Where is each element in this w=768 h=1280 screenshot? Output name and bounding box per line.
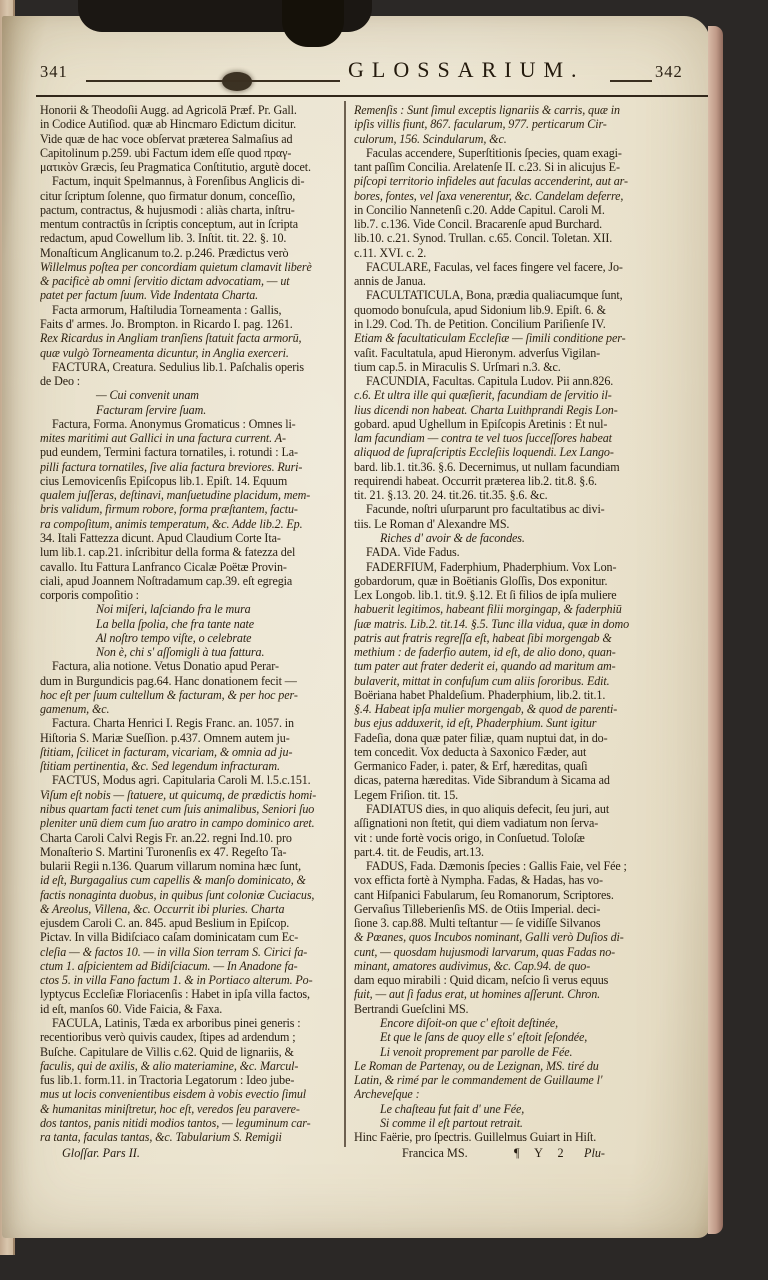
text-line: & Pœanes, quos Incubos nominant, Galli v…	[354, 930, 709, 944]
text-line: dam equo mirabili : Quid dicam, neſcio ſ…	[354, 973, 709, 987]
text-line: Boëriana habet Phaldeſium. Phaderphium, …	[354, 688, 709, 702]
text-line: FACUNDIA, Facultas. Capitula Ludov. Pii …	[354, 374, 709, 388]
text-line: Etiam & facultaticulam Eccleſiæ — ſimili…	[354, 331, 709, 345]
text-line: Faits d' armes. Jo. Brompton. in Ricardo…	[40, 317, 343, 331]
column-divider-rule	[344, 101, 346, 1147]
book-edge-shadow-deep	[282, 0, 344, 47]
text-line: Viſum eſt nobis — ſtatuere, ut quicumq, …	[40, 788, 343, 802]
text-line: Factura, alia notione. Vetus Donatio apu…	[40, 659, 343, 673]
text-line: bard. lib.1. tit.36. §.6. Decernimus, ut…	[354, 460, 709, 474]
text-line: Monaſticum Anglicanum to.2. p.246. Prædi…	[40, 246, 343, 260]
text-line: gobardorum, quæ in Boëtianis Gloſſis, Do…	[354, 574, 709, 588]
text-line: hoc eſt per ſuum cultellum & facturam, &…	[40, 688, 343, 702]
text-line: vit : unde fortè vocis origo, in Conſuet…	[354, 831, 709, 845]
text-line: patet per factum ſuum. Vide Indentata Ch…	[40, 288, 343, 302]
text-line: Al noſtro tempo viſte, o celebrate	[40, 631, 343, 645]
text-line: gobard. apud Ughellum in Epiſcopis Areti…	[354, 417, 709, 431]
left-text-column: Honorii & Theodoſii Augg. ad Agricolā Pr…	[40, 103, 343, 1144]
text-line: ciali, apud Joannem Noſtradamum cap.39. …	[40, 574, 343, 588]
text-line: dicas, paterna hæreditas. Vide Sibrandum…	[354, 773, 709, 787]
text-line: ctum 1. aſpicientem ad Bidiſciacum. — In…	[40, 959, 343, 973]
header-rule-left	[86, 80, 340, 82]
text-line: Charta Caroli Calvi Regis Fr. an.22. reg…	[40, 831, 343, 845]
text-line: Buſche. Capitulare de Villis c.62. Quid …	[40, 1045, 343, 1059]
text-line: bris validum, firmum robore, forma præſt…	[40, 502, 343, 516]
book-page: 341 GLOSSARIUM. 342 Honorii & Theodoſii …	[2, 16, 710, 1238]
text-line: FACULARE, Faculas, vel faces fingere vel…	[354, 260, 709, 274]
text-line: — Cui convenit unam	[40, 388, 343, 402]
text-line: tium cap.5. in Miraculis S. Urſmari n.3.…	[354, 360, 709, 374]
text-line: Factura, Forma. Anonymus Gromaticus : Om…	[40, 417, 343, 431]
text-line: Hiſtoria S. Mariæ Sueſſion. p.437. Omnem…	[40, 731, 343, 745]
text-line: ſuæ matris. Lib.2. tit.14. §.5. Tunc ill…	[354, 617, 709, 631]
text-line: c.6. Et ultra ille qui quæſierit, facund…	[354, 388, 709, 402]
text-line: vox efficta fortè à Nympha. Fadas, & Had…	[354, 873, 709, 887]
text-line: Hinc Faërie, pro ſpectris. Guillelmus Gu…	[354, 1130, 709, 1144]
scan-background: 341 GLOSSARIUM. 342 Honorii & Theodoſii …	[0, 0, 768, 1280]
page-title: GLOSSARIUM.	[348, 57, 585, 83]
text-line: in l.29. Cod. Th. de Petition. Concilium…	[354, 317, 709, 331]
text-line: quæ vulgò Torneamenta dicuntur, in Angli…	[40, 346, 343, 360]
text-line: id eſt, manſos 60. Vide Faicia, & Faxa.	[40, 1002, 343, 1016]
text-line: Factura. Charta Henrici I. Regis Franc. …	[40, 716, 343, 730]
text-line: in Codice Autiſiod. quæ ab Hincmaro Edic…	[40, 117, 343, 131]
text-line: FACULTATICULA, Bona, prædia qualiacumque…	[354, 288, 709, 302]
text-line: annis de Janua.	[354, 274, 709, 288]
text-line: La bella ſpolia, che fra tante nate	[40, 617, 343, 631]
text-line: 34. Itali Fattezza dicunt. Apud Claudium…	[40, 531, 343, 545]
text-line: Non è, chi s' aſſomigli à tua fattura.	[40, 645, 343, 659]
text-line: ſtitiam, ſcilicet in facturam, vicariam,…	[40, 745, 343, 759]
text-line: corporis compoſitio :	[40, 588, 343, 602]
catchword: Plu-	[584, 1146, 605, 1161]
text-line: cunt, — quosdam hujusmodi larvarum, quas…	[354, 945, 709, 959]
text-line: Capitolinum p.259. ubi Factum idem eſſe …	[40, 146, 343, 160]
text-line: & pacificè ab omni ſervitio dictam advoc…	[40, 274, 343, 288]
text-line: Pictav. In villa Bidiſciaco caſam domini…	[40, 930, 343, 944]
text-line: Si comme il eſt partout retrait.	[354, 1116, 709, 1130]
volume-footer-label: Gloſſar. Pars II.	[62, 1146, 140, 1161]
text-line: Honorii & Theodoſii Augg. ad Agricolā Pr…	[40, 103, 343, 117]
text-line: minant, amatores audivimus, &c. Cap.94. …	[354, 959, 709, 973]
text-line: FACTUS, Modus agri. Capitularia Caroli M…	[40, 773, 343, 787]
text-line: FACULA, Latinis, Tæda ex arboribus pinei…	[40, 1016, 343, 1030]
text-line: c.11. XVI. c. 2.	[354, 246, 709, 260]
text-line: part.4. tit. de Feudis, art.13.	[354, 845, 709, 859]
text-line: Legem Friſion. tit. 15.	[354, 788, 709, 802]
text-line: tum pater aut frater dederit ei, quando …	[354, 659, 709, 673]
header-rule-full	[36, 95, 708, 97]
text-line: lyptycus Eccleſiæ Floriacenſis : Habet i…	[40, 987, 343, 1001]
text-line: bus ejus adduxerit, id eſt, Phaderphium.…	[354, 716, 709, 730]
text-line: Facta armorum, Haſtiludia Torneamenta : …	[40, 303, 343, 317]
text-line: Germanico Fader, i. pater, & Erf, hæredi…	[354, 759, 709, 773]
text-line: FADERFIUM, Faderphium, Phaderphium. Vox …	[354, 560, 709, 574]
text-line: ſione 3. cap.88. Multi teſtantur — ſe vi…	[354, 916, 709, 930]
text-line: cant Hiſpanici Fabularum, ſeu Romanorum,…	[354, 888, 709, 902]
text-line: tiis. Le Roman d' Alexandre MS.	[354, 517, 709, 531]
text-line: bularii Regii n.136. Quarum villarum nom…	[40, 859, 343, 873]
text-line: mites maritimi aut Gallici in una factur…	[40, 431, 343, 445]
text-line: cius Lemovicenſis Epiſcopus lib.1. Epiſt…	[40, 474, 343, 488]
text-line: tem concedit. Vox deducta à Saxonico Fæd…	[354, 745, 709, 759]
text-line: methium : de faderfio autem, id eſt, de …	[354, 645, 709, 659]
text-line: FADIATUS dies, in quo aliquis defecit, ſ…	[354, 802, 709, 816]
text-line: Encore diſoit-on que c' eſtoit deſtinée,	[354, 1016, 709, 1030]
text-line: Latin, & rimé par le commandement de Gui…	[354, 1073, 709, 1087]
text-line: Le Roman de Partenay, ou de Lezignan, MS…	[354, 1059, 709, 1073]
text-line: citur ſcriptum ſolenne, quo firmatur don…	[40, 189, 343, 203]
text-line: cavallo. Itu Fattura Lanfranco Cicalæ Po…	[40, 560, 343, 574]
text-line: factis nonaginta duobus, in quibus ſunt …	[40, 888, 343, 902]
text-line: ctos 5. in villa Fano factum 1. & in Por…	[40, 973, 343, 987]
text-line: habuerit legitimos, habeant filii morgin…	[354, 602, 709, 616]
text-line: piſcopi territorio infideles aut faculas…	[354, 174, 709, 188]
text-line: Willelmus poſtea per concordiam quietum …	[40, 260, 343, 274]
text-line: Riches d' avoir & de facondes.	[354, 531, 709, 545]
text-line: Rex Ricardus in Angliam tranſiens ſtatui…	[40, 331, 343, 345]
text-line: FACTURA, Creatura. Sedulius lib.1. Paſch…	[40, 360, 343, 374]
text-line: Vide quæ de hac voce obſervat præterea S…	[40, 132, 343, 146]
text-line: faculis, qui de axilis, & alio materiami…	[40, 1059, 343, 1073]
text-line: lam facundiam — contra te vel tuos ſucce…	[354, 431, 709, 445]
text-line: recentioribus verò quivis caudex, ſtipes…	[40, 1030, 343, 1044]
text-line: vaſit. Facultatula, apud Hieronym. adver…	[354, 346, 709, 360]
text-line: Faculas accendere, Superſtitionis ſpecie…	[354, 146, 709, 160]
text-line: gamenum, &c.	[40, 702, 343, 716]
text-line: culorum, 156. Scindularum, &c.	[354, 132, 709, 146]
text-line: nibus quartam facti tenet cum ſuis anima…	[40, 802, 343, 816]
text-line: ipſis villis fiunt, 867. facularum, 977.…	[354, 117, 709, 131]
fore-edge	[708, 26, 723, 1234]
text-line: lib.7. c.136. Vide Concil. Bracarenſe ap…	[354, 217, 709, 231]
text-line: Gervaſius Tilleberienſis MS. de Otiis Im…	[354, 902, 709, 916]
text-line: FADUS, Fada. Dæmonis ſpecies : Gallis Fa…	[354, 859, 709, 873]
text-line: aſſignationi non ſtetit, qui diem vadiat…	[354, 816, 709, 830]
text-line: cleſia — & factos 10. — in villa Sion te…	[40, 945, 343, 959]
text-line: tant paſſim Concilia. Arelatenſe II. c.2…	[354, 160, 709, 174]
text-line: fuit, — aut ſi fadus erat, ut homines aſ…	[354, 987, 709, 1001]
text-line: lum lib.1. cap.21. inſcribitur della for…	[40, 545, 343, 559]
text-line: tit. 21. §.13. 20. 24. tit.26. tit.35. §…	[354, 488, 709, 502]
text-line: ejusdem Caroli C. an. 845. apud Beslium …	[40, 916, 343, 930]
text-line: Facturam ſervire ſuam.	[40, 403, 343, 417]
text-line: bores, fontes, vel ſaxa venerentur, &c. …	[354, 189, 709, 203]
page-number-right: 342	[655, 62, 683, 82]
text-line: pilli factura tornatiles, ſive alia fact…	[40, 460, 343, 474]
text-line: §.4. Habeat ipſa mulier morgengab, & quo…	[354, 702, 709, 716]
text-line: lib.10. c.21. Synod. Trullan. c.65. Conc…	[354, 231, 709, 245]
text-line: Facunde, noſtri uſurparunt pro facultati…	[354, 502, 709, 516]
text-line: Remenſis : Sunt ſimul exceptis lignariis…	[354, 103, 709, 117]
text-line: Et que le ſans de quoy elle s' eſtoit ſe…	[354, 1030, 709, 1044]
text-line: Bertrandi Gueſclini MS.	[354, 1002, 709, 1016]
text-line: & humanitas miniſtretur, hoc eſt, veredo…	[40, 1102, 343, 1116]
gathering-signature: ¶ Y 2	[514, 1146, 570, 1161]
text-line: aliquod de ſupraſcriptis Eccleſiis loque…	[354, 445, 709, 459]
text-line: Lex Longob. lib.1. tit.9. §.12. Et ſi fi…	[354, 588, 709, 602]
text-line: dos tantos, panis nitidi modios tantos, …	[40, 1116, 343, 1130]
text-line: redactum, apud Cowellum lib. 3. Inſtit. …	[40, 231, 343, 245]
text-line: quomodo bonuſcula, apud Sidonium lib.9. …	[354, 303, 709, 317]
text-line: ra compoſitum, animis temperatum, &c. Ad…	[40, 517, 343, 531]
text-line: Noi miſeri, laſciando fra le mura	[40, 602, 343, 616]
right-text-column: Remenſis : Sunt ſimul exceptis lignariis…	[354, 103, 709, 1144]
text-line: FADA. Vide Fadus.	[354, 545, 709, 559]
text-line: lius dicendi non habeat. Charta Luithpra…	[354, 403, 709, 417]
text-line: qualem juſſeras, deſtinavi, manſuetudine…	[40, 488, 343, 502]
text-line: in Concilio Nannetenſi c.20. Adde Capitu…	[354, 203, 709, 217]
text-line: ra tanta, faculas tantas, &c. Tabularium…	[40, 1130, 343, 1144]
text-line: Le chaſteau fut fait d' une Fée,	[354, 1102, 709, 1116]
text-line: dum in Burgundicis pag.64. Hanc donation…	[40, 674, 343, 688]
text-line: Li venoit proprement par parolle de Fée.	[354, 1045, 709, 1059]
text-line: pud eundem, Termini factura tornatiles, …	[40, 445, 343, 459]
text-line: pleniter unū diem cum ſuo aratro in camp…	[40, 816, 343, 830]
text-line: id eſt, Burgagalius cum capellis & manſo…	[40, 873, 343, 887]
page-number-left: 341	[40, 62, 68, 82]
text-line: patris aut fratris regreſſa eſt, habeat …	[354, 631, 709, 645]
text-line: pactum, contractus, & hujusmodi : aliàs …	[40, 203, 343, 217]
text-line: requirendi habeat. Occurrit præterea lib…	[354, 474, 709, 488]
text-line: Monaſterio S. Martini Turonenſis ex 47. …	[40, 845, 343, 859]
text-line: Factum, inquit Spelmannus, à Forenſibus …	[40, 174, 343, 188]
text-line: ſtitiam pertinentia, &c. Sed legendum in…	[40, 759, 343, 773]
text-line: Fadeſia, dona quæ pater filiæ, quam nupt…	[354, 731, 709, 745]
header-rule-right	[610, 80, 652, 82]
text-line: de Deo :	[40, 374, 343, 388]
text-line: fus lib.1. form.11. in Tractoria Legator…	[40, 1073, 343, 1087]
text-line: ματικὸν Græcis, ſeu Pragmatica Conſtitut…	[40, 160, 343, 174]
text-line: & Areolus, Villena, &c. Occurrit ibi plu…	[40, 902, 343, 916]
text-line: mus ut locis convenientibus eisdem à vob…	[40, 1087, 343, 1101]
text-line: bulaverit, mittat in confuſum cum aliis …	[354, 674, 709, 688]
footer-text: Francica MS.	[402, 1146, 468, 1161]
text-line: mentum contractûs in ſcriptis conceptum,…	[40, 217, 343, 231]
text-line: Archeveſque :	[354, 1087, 709, 1101]
